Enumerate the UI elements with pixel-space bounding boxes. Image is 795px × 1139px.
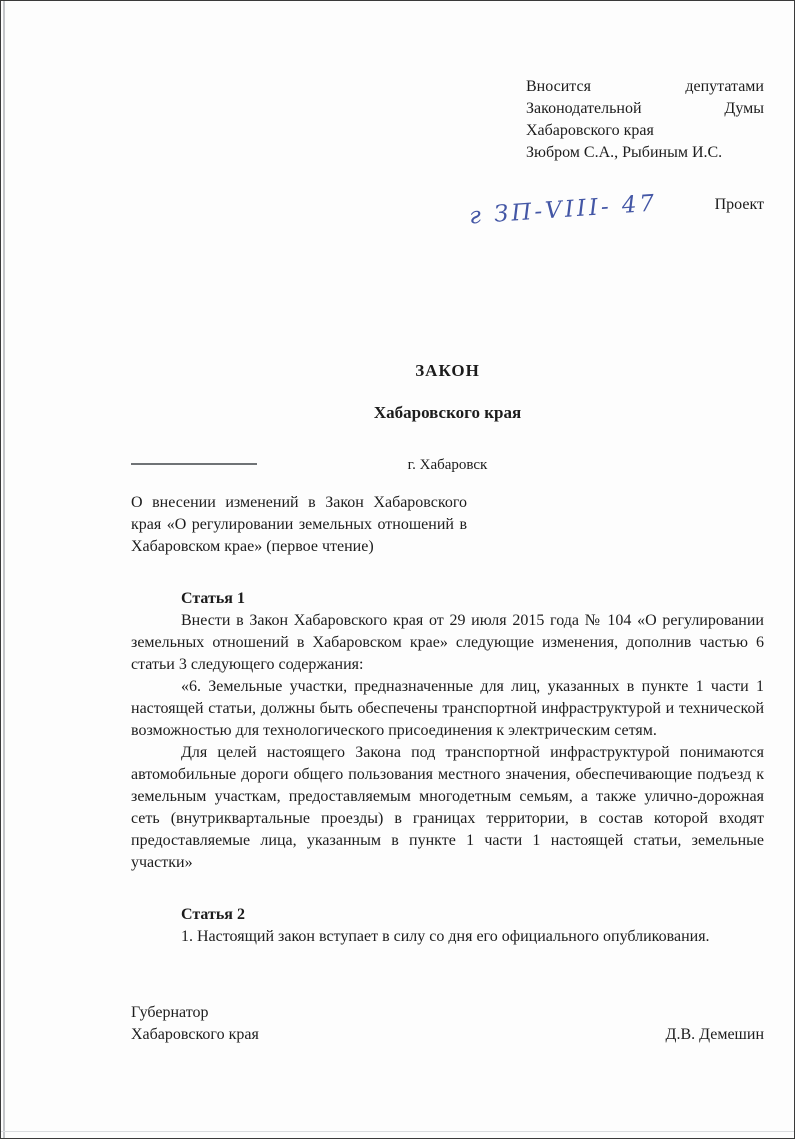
article-1-heading: Статья 1 (131, 588, 764, 610)
scanned-law-document-page: Вносится депутатами Законодательной Думы… (0, 0, 795, 1139)
article-2: Статья 2 1. Настоящий закон вступает в с… (131, 904, 764, 948)
article-2-paragraph-1: 1. Настоящий закон вступает в силу со дн… (131, 926, 764, 948)
law-title: ЗАКОН (131, 360, 764, 382)
submission-line-4: Зюбром С.А., Рыбиным И.С. (526, 142, 764, 164)
law-subject-paragraph: О внесении изменений в Закон Хабаровског… (131, 492, 467, 558)
date-signature-line (131, 463, 257, 465)
article-1-paragraph-1: Внести в Закон Хабаровского края от 29 и… (131, 610, 764, 676)
submission-block: Вносится депутатами Законодательной Думы… (526, 76, 764, 164)
article-1: Статья 1 Внести в Закон Хабаровского кра… (131, 588, 764, 874)
date-place-row: г. Хабаровск (131, 454, 764, 476)
signature-block: Губернатор Хабаровского края Д.В. Демеши… (131, 1002, 764, 1046)
submission-line-1: Вносится депутатами (526, 76, 764, 98)
place-label: г. Хабаровск (131, 454, 764, 476)
project-label: Проект (131, 194, 764, 216)
signature-position-line-1: Губернатор (131, 1002, 259, 1024)
signature-position-line-2: Хабаровского края (131, 1024, 259, 1046)
submission-line-3: Хабаровского края (526, 120, 764, 142)
law-subtitle: Хабаровского края (131, 402, 764, 424)
article-2-heading: Статья 2 (131, 904, 764, 926)
signature-position: Губернатор Хабаровского края (131, 1002, 259, 1046)
signature-name: Д.В. Демешин (666, 1024, 764, 1046)
article-1-paragraph-2: «6. Земельные участки, предназначенные д… (131, 676, 764, 742)
document-content: Вносится депутатами Законодательной Думы… (1, 1, 794, 1138)
article-1-paragraph-3: Для целей настоящего Закона под транспор… (131, 742, 764, 874)
submission-line-2: Законодательной Думы (526, 98, 764, 120)
